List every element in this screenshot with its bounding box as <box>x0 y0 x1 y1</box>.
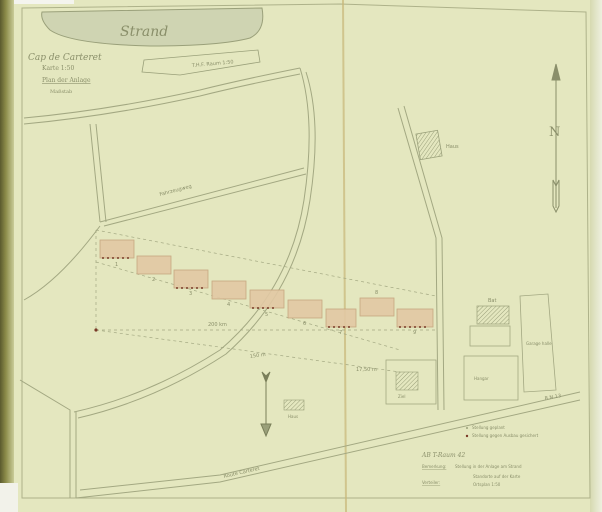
emplacement-2 <box>137 256 171 274</box>
title-line-3: Plan der Anlage <box>42 77 91 84</box>
footer-line-1-text: Stellung in der Anlage am Strand <box>455 464 522 469</box>
emplacement-7 <box>326 309 356 327</box>
building-ne-label: Haus <box>446 144 459 150</box>
emplacement-4 <box>212 281 246 299</box>
footer-line-2-text: Standorte auf der Karte <box>473 474 521 479</box>
title-line-2: Karte 1:50 <box>42 65 74 72</box>
title-block: Cap de Carteret Karte 1:50 Plan der Anla… <box>28 53 102 95</box>
emplacement-9 <box>397 309 433 327</box>
water-label: Strand <box>120 24 168 40</box>
building-ne: Haus <box>416 130 459 159</box>
north-label: N <box>549 125 560 140</box>
emplacement-3 <box>174 270 208 288</box>
distance-label-1: 200 km <box>208 322 227 328</box>
field-label: Fahrzeugweg <box>159 184 193 198</box>
svg-text:2: 2 <box>152 277 155 283</box>
legend-item-2: Stellung gegen Ausbau gesichert <box>472 433 539 438</box>
road-label-right: R.N.13 <box>544 393 561 402</box>
footer-line-1-label: Bemerkung: <box>422 464 446 469</box>
svg-text:3: 3 <box>189 291 192 297</box>
small-building-label: Haus <box>288 414 298 419</box>
right-building-label-1: Bat <box>488 298 496 304</box>
title-line-4: Maßstab <box>50 89 72 95</box>
emplacement-8 <box>360 298 394 316</box>
svg-text:7: 7 <box>339 330 342 336</box>
small-building: Haus <box>284 400 304 419</box>
title-line-1: Cap de Carteret <box>28 53 102 63</box>
distance-label-3: 17,50 m <box>356 367 377 373</box>
svg-text:4: 4 <box>227 302 230 308</box>
distance-label-2: 150 m <box>249 352 266 360</box>
footer-ref: AB T-Raum 42 <box>421 452 465 459</box>
target-box-label: Ziel <box>398 394 405 399</box>
legend: Stellung geplant Stellung gegen Ausbau g… <box>466 425 539 438</box>
footer-notes: AB T-Raum 42 Bemerkung: Stellung in der … <box>421 452 522 487</box>
emplacement-1 <box>100 240 134 258</box>
right-building-label-2: Hangar <box>474 376 489 381</box>
north-arrow: N <box>549 64 560 212</box>
svg-text:1: 1 <box>115 262 118 268</box>
svg-text:6: 6 <box>303 321 306 327</box>
emplacement-6 <box>288 300 322 318</box>
svg-text:8: 8 <box>375 290 378 296</box>
svg-text:5: 5 <box>265 312 268 318</box>
target-box: Ziel <box>386 360 436 404</box>
right-building-label-3: Garage halle <box>526 341 552 346</box>
right-buildings <box>464 294 556 400</box>
water-area: Strand <box>42 8 263 46</box>
direction-arrow <box>261 372 271 436</box>
road-label-bottom: Route Carteret <box>223 466 260 480</box>
legend-item-1: Stellung geplant <box>472 425 505 430</box>
svg-text:9: 9 <box>413 330 416 336</box>
emplacement-5 <box>250 290 284 308</box>
footer-line-3-text: Ortsplan 1:50 <box>473 482 501 487</box>
site-plan: Strand Cap de Carteret Karte 1:50 Plan d… <box>0 0 602 512</box>
structure-top: T.H.F. Raum 1:50 <box>142 50 260 75</box>
footer-line-2-label: Verteiler: <box>422 480 440 485</box>
